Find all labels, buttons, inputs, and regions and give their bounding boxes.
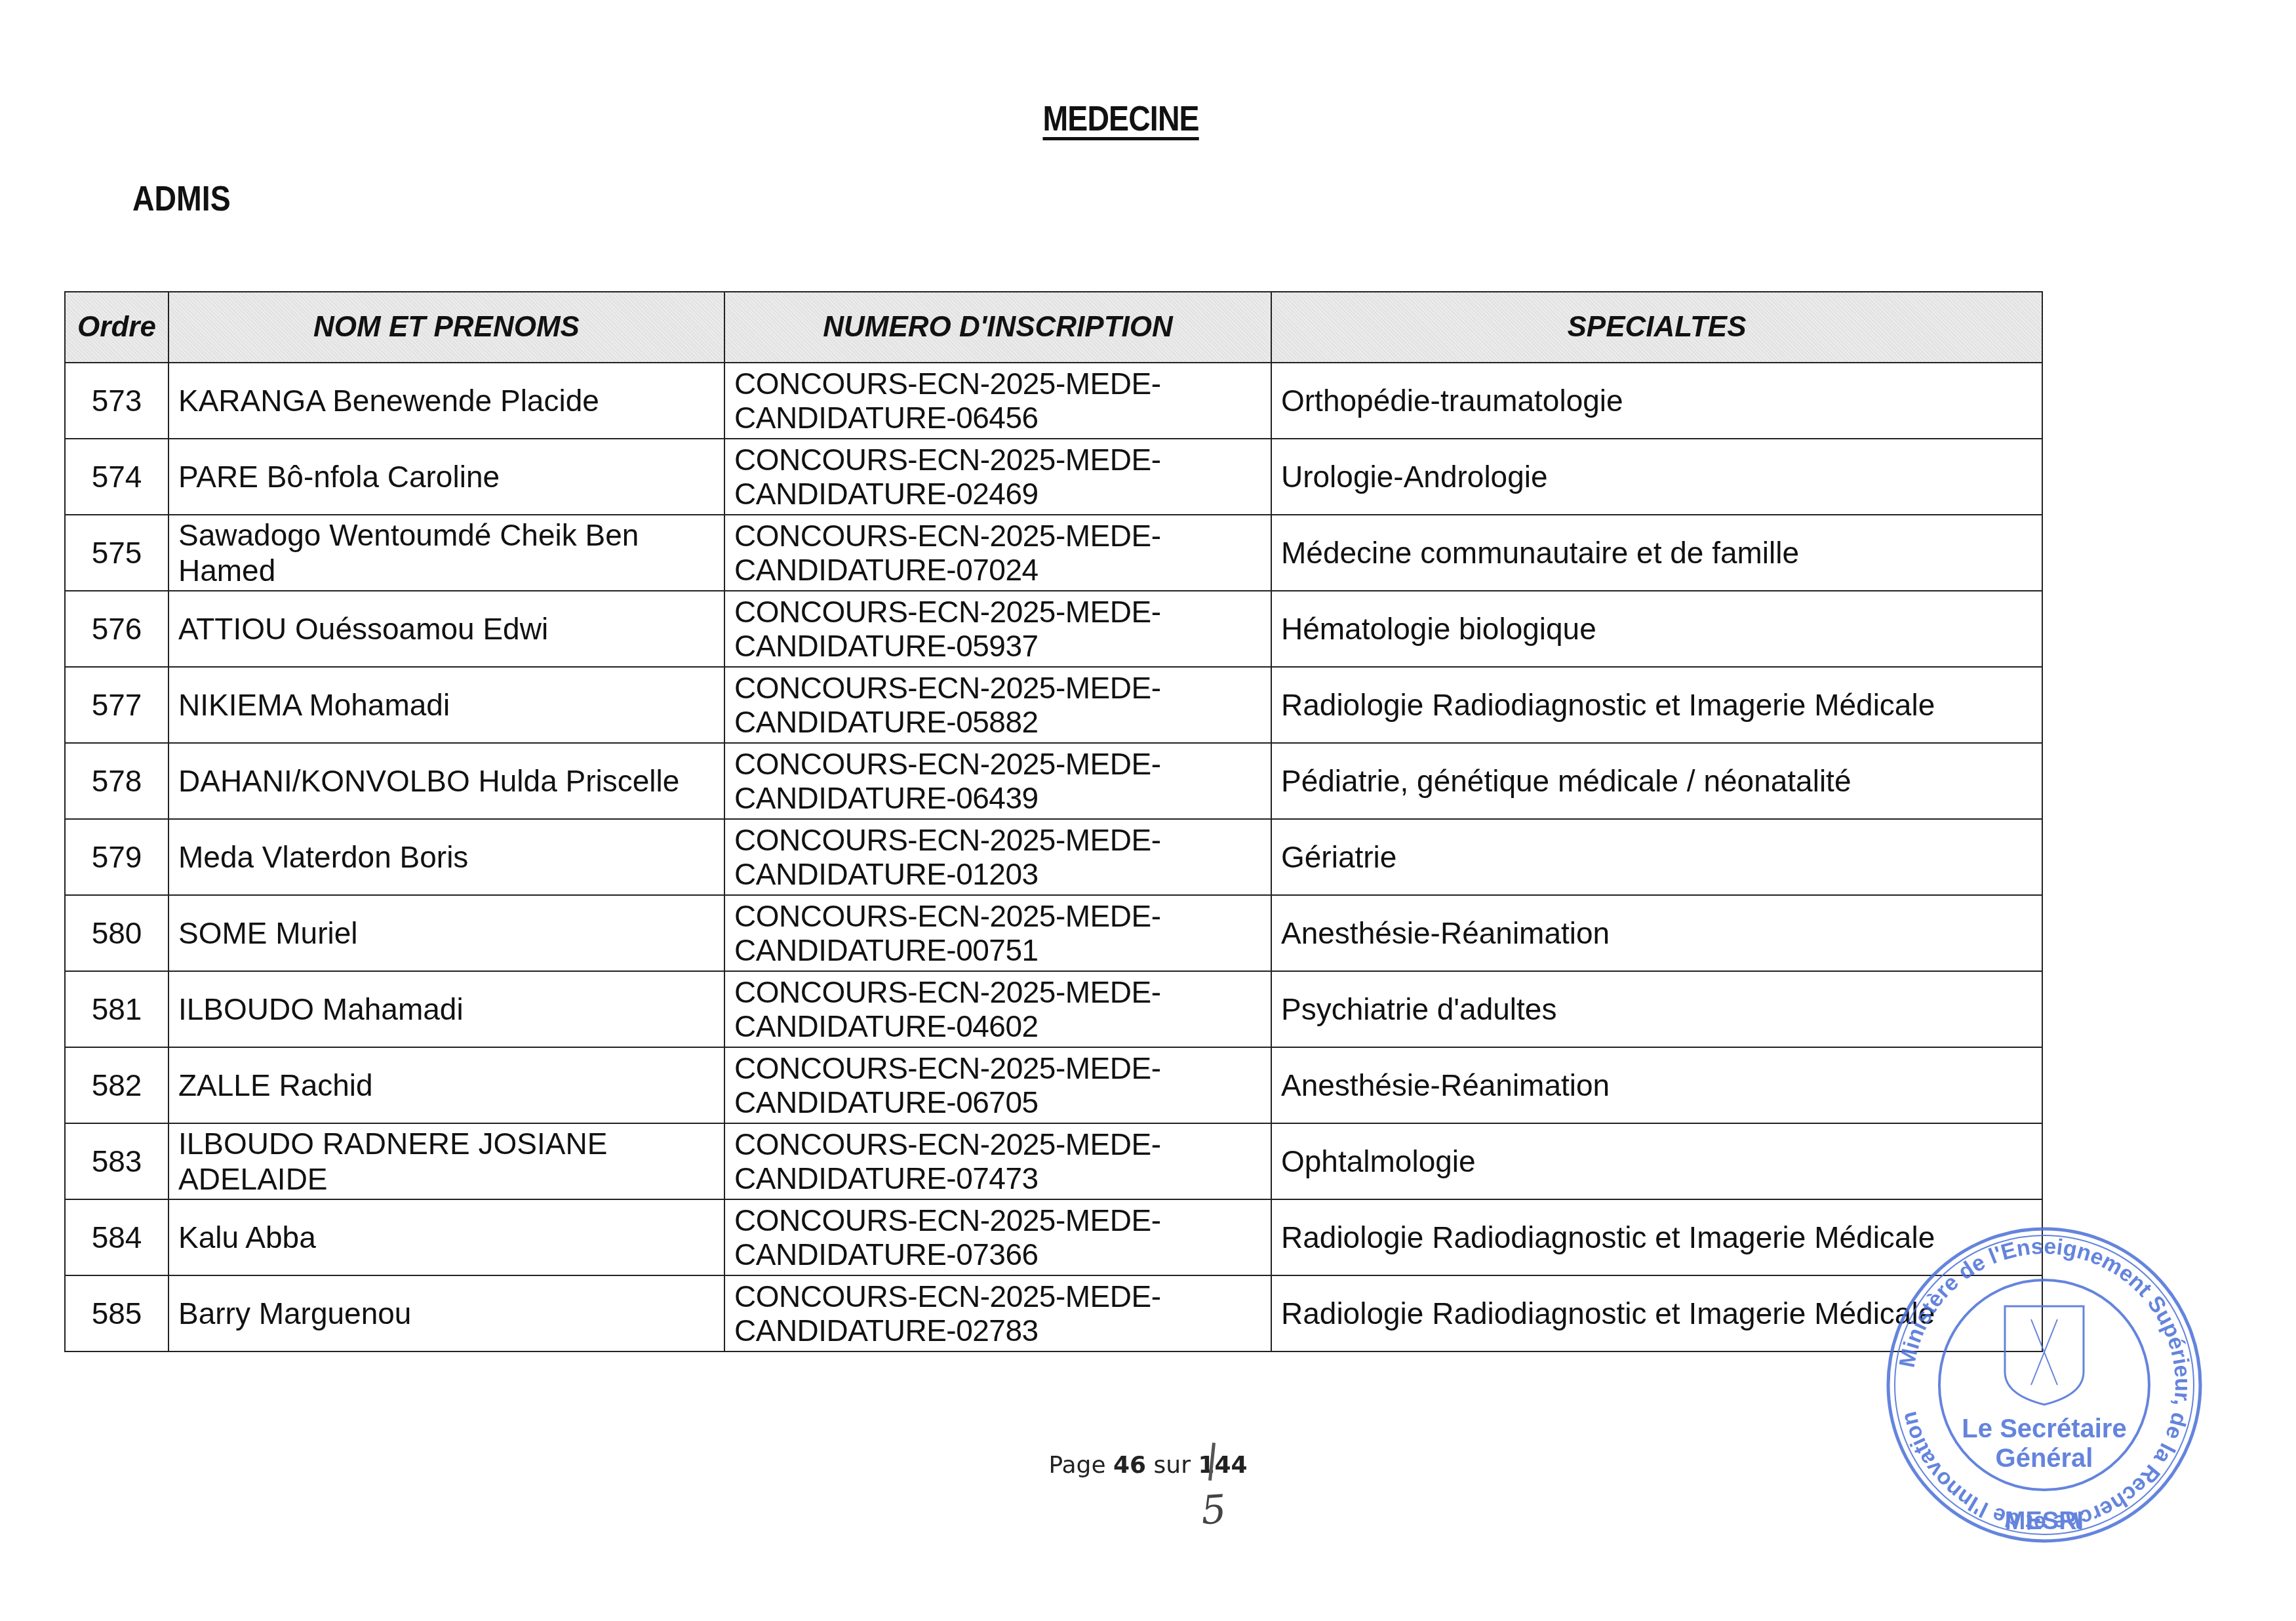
page-title: MEDECINE (134, 98, 2108, 139)
table-row: 575Sawadogo Wentoumdé Cheik Ben HamedCON… (65, 515, 2042, 591)
numero-line2: CANDIDATURE-07473 (734, 1161, 1039, 1195)
table-header-row: Ordre NOM ET PRENOMS NUMERO D'INSCRIPTIO… (65, 292, 2042, 363)
cell-ordre: 574 (65, 439, 168, 515)
numero-line1: CONCOURS-ECN-2025-MEDE- (734, 747, 1160, 781)
cell-ordre: 582 (65, 1047, 168, 1123)
cell-ordre: 573 (65, 363, 168, 439)
svg-text:Général: Général (1996, 1444, 2093, 1473)
table-row: 583ILBOUDO RADNERE JOSIANE ADELAIDECONCO… (65, 1123, 2042, 1199)
cell-nom: PARE Bô-nfola Caroline (168, 439, 724, 515)
header-numero: NUMERO D'INSCRIPTION (724, 292, 1271, 363)
cell-specialite: Ophtalmologie (1271, 1123, 2042, 1199)
cell-numero: CONCOURS-ECN-2025-MEDE-CANDIDATURE-07366 (724, 1199, 1271, 1275)
results-table: Ordre NOM ET PRENOMS NUMERO D'INSCRIPTIO… (64, 291, 2043, 1352)
cell-numero: CONCOURS-ECN-2025-MEDE-CANDIDATURE-05937 (724, 591, 1271, 667)
cell-ordre: 580 (65, 895, 168, 971)
cell-numero: CONCOURS-ECN-2025-MEDE-CANDIDATURE-07024 (724, 515, 1271, 591)
cell-nom: Sawadogo Wentoumdé Cheik Ben Hamed (168, 515, 724, 591)
cell-specialite: Orthopédie-traumatologie (1271, 363, 2042, 439)
cell-ordre: 577 (65, 667, 168, 743)
cell-numero: CONCOURS-ECN-2025-MEDE-CANDIDATURE-02783 (724, 1275, 1271, 1351)
cell-ordre: 576 (65, 591, 168, 667)
cell-nom: ATTIOU Ouéssoamou Edwi (168, 591, 724, 667)
numero-line2: CANDIDATURE-06705 (734, 1085, 1039, 1119)
numero-line1: CONCOURS-ECN-2025-MEDE- (734, 1051, 1160, 1085)
cell-nom: ZALLE Rachid (168, 1047, 724, 1123)
cell-numero: CONCOURS-ECN-2025-MEDE-CANDIDATURE-02469 (724, 439, 1271, 515)
cell-nom: KARANGA Benewende Placide (168, 363, 724, 439)
cell-nom: DAHANI/KONVOLBO Hulda Priscelle (168, 743, 724, 819)
numero-line1: CONCOURS-ECN-2025-MEDE- (734, 1127, 1160, 1161)
cell-nom: NIKIEMA Mohamadi (168, 667, 724, 743)
cell-ordre: 583 (65, 1123, 168, 1199)
numero-line2: CANDIDATURE-05937 (734, 629, 1039, 663)
table-row: 576ATTIOU Ouéssoamou EdwiCONCOURS-ECN-20… (65, 591, 2042, 667)
cell-numero: CONCOURS-ECN-2025-MEDE-CANDIDATURE-04602 (724, 971, 1271, 1047)
cell-ordre: 575 (65, 515, 168, 591)
numero-line1: CONCOURS-ECN-2025-MEDE- (734, 899, 1160, 933)
svg-text:Le Secrétaire: Le Secrétaire (1962, 1414, 2126, 1443)
numero-line1: CONCOURS-ECN-2025-MEDE- (734, 1279, 1160, 1313)
cell-specialite: Hématologie biologique (1271, 591, 2042, 667)
table-row: 574PARE Bô-nfola CarolineCONCOURS-ECN-20… (65, 439, 2042, 515)
numero-line1: CONCOURS-ECN-2025-MEDE- (734, 443, 1160, 477)
numero-line2: CANDIDATURE-00751 (734, 933, 1039, 967)
table-row: 577NIKIEMA MohamadiCONCOURS-ECN-2025-MED… (65, 667, 2042, 743)
cell-specialite: Psychiatrie d'adultes (1271, 971, 2042, 1047)
header-nom: NOM ET PRENOMS (168, 292, 724, 363)
cell-nom: ILBOUDO Mahamadi (168, 971, 724, 1047)
cell-ordre: 579 (65, 819, 168, 895)
numero-line1: CONCOURS-ECN-2025-MEDE- (734, 519, 1160, 553)
svg-text:MESRI: MESRI (2005, 1508, 2084, 1535)
table-row: 579Meda Vlaterdon BorisCONCOURS-ECN-2025… (65, 819, 2042, 895)
table-row: 580SOME MurielCONCOURS-ECN-2025-MEDE-CAN… (65, 895, 2042, 971)
cell-specialite: Anesthésie-Réanimation (1271, 895, 2042, 971)
numero-line2: CANDIDATURE-02469 (734, 477, 1039, 511)
cell-ordre: 584 (65, 1199, 168, 1275)
numero-line1: CONCOURS-ECN-2025-MEDE- (734, 595, 1160, 629)
numero-line2: CANDIDATURE-07366 (734, 1237, 1039, 1271)
numero-line2: CANDIDATURE-05882 (734, 705, 1039, 739)
numero-line1: CONCOURS-ECN-2025-MEDE- (734, 975, 1160, 1009)
numero-line2: CANDIDATURE-06439 (734, 781, 1039, 815)
table-row: 585Barry MarguenouCONCOURS-ECN-2025-MEDE… (65, 1275, 2042, 1351)
cell-nom: SOME Muriel (168, 895, 724, 971)
cell-nom: Barry Marguenou (168, 1275, 724, 1351)
numero-line2: CANDIDATURE-06456 (734, 401, 1039, 435)
cell-nom: Kalu Abba (168, 1199, 724, 1275)
cell-specialite: Pédiatrie, génétique médicale / néonatal… (1271, 743, 2042, 819)
cell-specialite: Urologie-Andrologie (1271, 439, 2042, 515)
handwritten-correction: 5 (1200, 1487, 1228, 1534)
cell-numero: CONCOURS-ECN-2025-MEDE-CANDIDATURE-06439 (724, 743, 1271, 819)
cell-numero: CONCOURS-ECN-2025-MEDE-CANDIDATURE-06705 (724, 1047, 1271, 1123)
numero-line2: CANDIDATURE-02783 (734, 1313, 1039, 1348)
table-row: 578DAHANI/KONVOLBO Hulda PriscelleCONCOU… (65, 743, 2042, 819)
cell-specialite: Anesthésie-Réanimation (1271, 1047, 2042, 1123)
cell-ordre: 581 (65, 971, 168, 1047)
cell-ordre: 578 (65, 743, 168, 819)
section-title: ADMIS (132, 178, 231, 219)
page-current: 46 (1113, 1452, 1146, 1479)
numero-line1: CONCOURS-ECN-2025-MEDE- (734, 671, 1160, 705)
page-total: 144 (1198, 1452, 1247, 1479)
cell-specialite: Radiologie Radiodiagnostic et Imagerie M… (1271, 667, 2042, 743)
header-specialite: SPECIALTES (1271, 292, 2042, 363)
table-row: 582ZALLE RachidCONCOURS-ECN-2025-MEDE-CA… (65, 1047, 2042, 1123)
numero-line2: CANDIDATURE-07024 (734, 553, 1039, 587)
page-sep: sur (1154, 1452, 1191, 1479)
table-row: 573KARANGA Benewende PlacideCONCOURS-ECN… (65, 363, 2042, 439)
page-label: Page (1048, 1452, 1105, 1479)
cell-numero: CONCOURS-ECN-2025-MEDE-CANDIDATURE-05882 (724, 667, 1271, 743)
cell-specialite: Médecine communautaire et de famille (1271, 515, 2042, 591)
cell-nom: ILBOUDO RADNERE JOSIANE ADELAIDE (168, 1123, 724, 1199)
cell-numero: CONCOURS-ECN-2025-MEDE-CANDIDATURE-01203 (724, 819, 1271, 895)
table-row: 581ILBOUDO MahamadiCONCOURS-ECN-2025-MED… (65, 971, 2042, 1047)
numero-line1: CONCOURS-ECN-2025-MEDE- (734, 367, 1160, 401)
cell-ordre: 585 (65, 1275, 168, 1351)
numero-line2: CANDIDATURE-04602 (734, 1009, 1039, 1043)
cell-specialite: Gériatrie (1271, 819, 2042, 895)
table-row: 584Kalu AbbaCONCOURS-ECN-2025-MEDE-CANDI… (65, 1199, 2042, 1275)
numero-line1: CONCOURS-ECN-2025-MEDE- (734, 1203, 1160, 1237)
cell-nom: Meda Vlaterdon Boris (168, 819, 724, 895)
cell-numero: CONCOURS-ECN-2025-MEDE-CANDIDATURE-00751 (724, 895, 1271, 971)
numero-line1: CONCOURS-ECN-2025-MEDE- (734, 823, 1160, 857)
header-ordre: Ordre (65, 292, 168, 363)
official-stamp-icon: Ministère de l'Enseignement Supérieur, d… (1880, 1221, 2208, 1549)
cell-numero: CONCOURS-ECN-2025-MEDE-CANDIDATURE-07473 (724, 1123, 1271, 1199)
numero-line2: CANDIDATURE-01203 (734, 857, 1039, 891)
cell-numero: CONCOURS-ECN-2025-MEDE-CANDIDATURE-06456 (724, 363, 1271, 439)
